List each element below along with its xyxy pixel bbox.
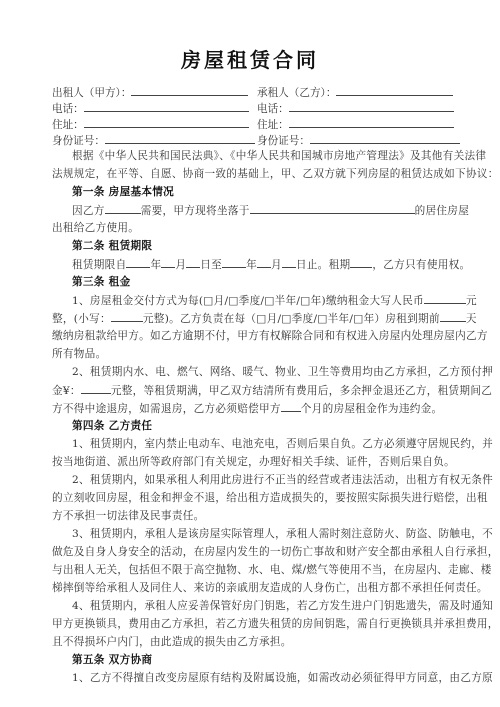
- article-4-line: 按当地街道、派出所等政府部门有关规定，办理好相关手续、证件，否则后果自负。: [52, 454, 457, 470]
- article-3-clause-1-line-3: 缴纳房租款给甲方。如乙方逾期不付，甲方有权解除合同和有权进入房屋内处理房屋内乙方: [52, 328, 457, 344]
- article-3-clause-1-line-2: 整，(小写：元整)。乙方负责在每（□月/□季度/□半年/□年）房租到期前天: [52, 310, 457, 327]
- article-3-clause-1-line-1: 1、房屋租金交付方式为每(□月/□季度/□半年/□年)缴纳租金大写人民币元: [72, 292, 457, 309]
- article-3-clause-2-line-2: 金¥：元整，等租赁期满，甲乙双方结清所有费用后，多余押金退还乙方，租赁期间乙: [52, 382, 457, 399]
- lessor-id-label: 身份证号：: [52, 135, 105, 147]
- day-to-label: 日至: [200, 259, 222, 271]
- term-from-label: 租赁期限自: [72, 259, 126, 271]
- day-end-label: 日止。租期: [296, 259, 350, 271]
- days-before-field[interactable]: [440, 310, 466, 322]
- penalty-months-field[interactable]: [281, 400, 301, 412]
- lessor-address-field[interactable]: [84, 116, 249, 128]
- article-4-heading: 第四条 乙方责任: [72, 418, 457, 434]
- article-4-line: 梯摔倒等给承租人及同住人、来访的亲戚朋友造成的人身伤亡，出租方都不承担任何责任。: [52, 580, 457, 596]
- document-page: 房屋租赁合同 出租人（甲方）： 承租人（乙方）： 电话： 电话： 住址： 住址：…: [0, 0, 500, 707]
- lessor-address-label: 住址：: [52, 119, 84, 131]
- article-3-clause-2-line-3: 方不得中途退房，如需退房，乙方必须赔偿甲方个月的房屋租金作为违约金。: [52, 400, 457, 417]
- lessor-label: 出租人（甲方）：: [52, 87, 131, 99]
- article-1-line-2: 出租给乙方使用。: [52, 220, 457, 236]
- lessee-id-field[interactable]: [310, 132, 460, 144]
- article-2-line-1: 租赁期限自年月日至年月日止。租期，乙方只有使用权。: [72, 256, 457, 273]
- lessee-name-field[interactable]: [336, 84, 453, 96]
- year-label: 年: [246, 259, 257, 271]
- end-month-field[interactable]: [257, 256, 271, 268]
- article-3-clause-2-line-1: 2、租赁期内水、电、燃气、网络、暖气、物业、卫生等费用均由乙方承担，乙方预付押: [72, 364, 457, 380]
- article-1-heading: 第一条 房屋基本情况: [72, 184, 457, 200]
- article-2-heading: 第二条 租赁期限: [72, 238, 457, 254]
- start-year-field[interactable]: [126, 256, 150, 268]
- lessee-address-label: 住址：: [257, 119, 289, 131]
- lessee-label: 承租人（乙方）：: [257, 87, 336, 99]
- lowercase-label: 整，(小写：: [52, 313, 111, 325]
- article-4-line: 与出租人无关，包括但不限于高空抛物、水、电、煤/燃气等使用不当，在房屋内、走廊、…: [52, 562, 457, 578]
- month-label: 月: [271, 259, 282, 271]
- rent-amount-uppercase-field[interactable]: [424, 292, 466, 304]
- lessor-name-field[interactable]: [131, 84, 248, 96]
- month-label: 月: [175, 259, 186, 271]
- preamble-line-1: 根据《中华人民共和国民法典》、《中华人民共和国城市房地产管理法》及其他有关法律: [72, 148, 457, 164]
- deposit-amount-field[interactable]: [81, 382, 111, 394]
- term-tail: ，乙方只有使用权。: [372, 259, 470, 271]
- end-year-field[interactable]: [222, 256, 246, 268]
- preamble-line-2: 法规规定，在平等、自愿、协商一致的基础上，甲、乙双方就下列房屋的租赁达成如下协议…: [52, 166, 457, 182]
- lessor-phone-field[interactable]: [84, 100, 249, 112]
- article-4-line: 4、租赁期内，承租人应妥善保管好房门钥匙，若乙方发生进户门钥匙遗失，需及时通知: [72, 598, 457, 614]
- article-4-line: 甲方更换锁具，费用由乙方承担，若乙方遗失租赁的房间钥匙，需自行更换锁具并承担费用…: [52, 616, 457, 632]
- article-4-line: 做危及自身人身安全的活动，在房屋内发生的一切伤亡事故和财产安全都由承租人自行承担…: [52, 544, 457, 560]
- article-4-line: 1、租赁期内，室内禁止电动车、电池充电，否则后果自负。乙方必须遵守居规民约，并: [72, 436, 457, 452]
- start-day-field[interactable]: [186, 256, 200, 268]
- property-location-field[interactable]: [250, 202, 415, 214]
- article-4-line: 且不得损坏户内门，由此造成的损失由乙方承担。: [52, 634, 457, 650]
- penalty-tail: 个月的房屋租金作为违约金。: [301, 403, 443, 415]
- deposit-text: 元整，等租赁期满，甲乙双方结清所有费用后，多余押金退还乙方，租赁期间乙: [111, 385, 492, 397]
- article-1-text-a: 因乙方: [72, 205, 105, 217]
- yuan-label: 元: [466, 295, 477, 307]
- lessee-phone-field[interactable]: [289, 100, 454, 112]
- rent-amount-lowercase-field[interactable]: [111, 310, 143, 322]
- article-1-text-c: 的居住房屋: [415, 205, 469, 217]
- article-4-line: 3、租赁期内，承租人是该房屋实际管理人，承租人需时刻注意防火、防盗、防触电，不: [72, 526, 457, 542]
- start-month-field[interactable]: [161, 256, 175, 268]
- term-length-field[interactable]: [350, 256, 372, 268]
- lessee-phone-label: 电话：: [257, 103, 289, 115]
- article-4-line: 2、租赁期内，如果承租人利用此房进行不正当的经营或者违法活动，出租方有权无条件: [72, 472, 457, 488]
- article-3-heading: 第三条 租金: [72, 274, 457, 290]
- article-4-line: 方不承担一切法律及民事责任。: [52, 508, 457, 524]
- article-5-heading: 第五条 双方协商: [72, 652, 457, 668]
- lessor-phone-label: 电话：: [52, 103, 84, 115]
- year-label: 年: [150, 259, 161, 271]
- lessor-id-field[interactable]: [105, 132, 255, 144]
- document-title: 房屋租赁合同: [0, 44, 500, 73]
- rent-text: 1、房屋租金交付方式为每(□月/□季度/□半年/□年)缴纳租金大写人民币: [72, 295, 424, 307]
- reason-field[interactable]: [105, 202, 141, 214]
- end-day-field[interactable]: [282, 256, 296, 268]
- article-3-clause-1-line-4: 所有物品。: [52, 346, 457, 362]
- payment-schedule-text: 元整)。乙方负责在每（□月/□季度/□半年/□年）房租到期前: [143, 313, 440, 325]
- article-1-line-1: 因乙方需要，甲方现将坐落于的居住房屋: [72, 202, 457, 219]
- lessee-id-label: 身份证号：: [257, 135, 310, 147]
- article-4-line: 的立刻收回房屋，租金和押金不退，给出租方造成损失的，要按照实际损失进行赔偿，出租: [52, 490, 457, 506]
- penalty-text: 方不得中途退房，如需退房，乙方必须赔偿甲方: [52, 403, 281, 415]
- article-5-line: 1、乙方不得擅自改变房屋原有结构及附属设施，如需改动必须征得甲方同意，由乙方原: [72, 670, 457, 686]
- article-1-text-b: 需要，甲方现将坐落于: [141, 205, 250, 217]
- deposit-label: 金¥：: [52, 385, 81, 397]
- days-label: 天: [466, 313, 477, 325]
- lessee-address-field[interactable]: [289, 116, 454, 128]
